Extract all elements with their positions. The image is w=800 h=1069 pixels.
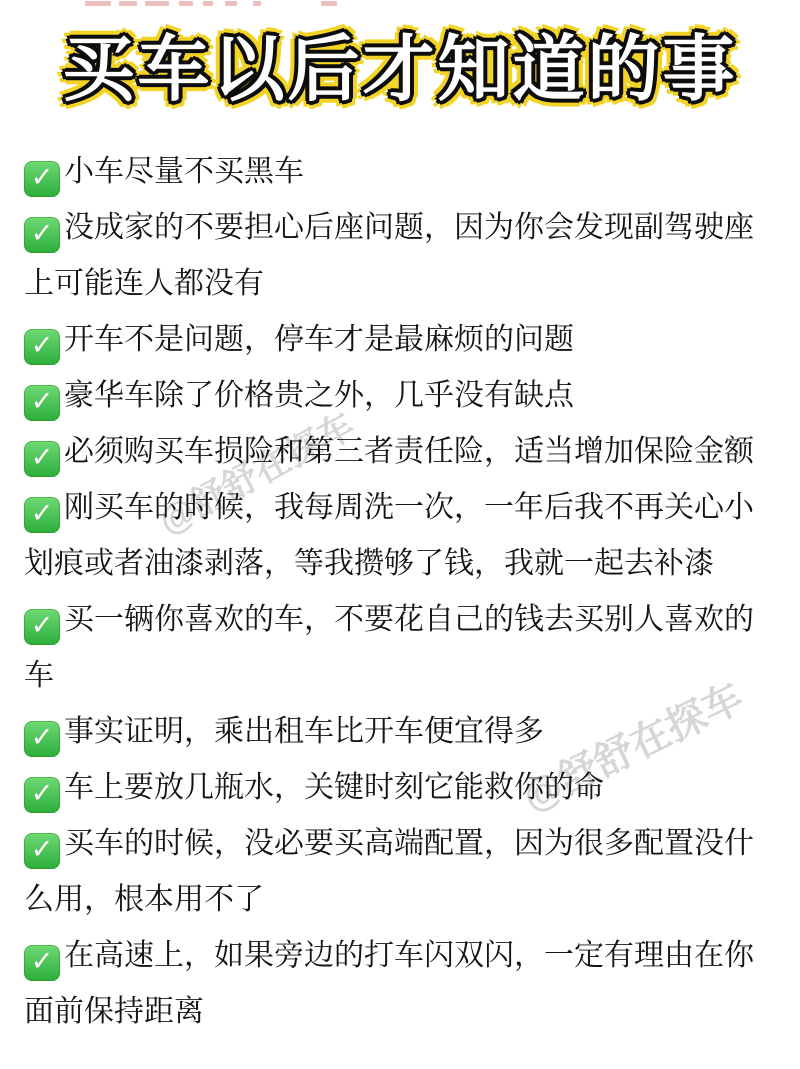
check-icon: ✓ [24,721,60,757]
list-item-text: 开车不是问题，停车才是最麻烦的问题 [64,323,574,356]
tips-list: ✓小车尽量不买黑车 ✓没成家的不要担心后座问题，因为你会发现副驾驶座上可能连人都… [0,144,800,1040]
list-item-text: 在高速上，如果旁边的打车闪双闪，一定有理由在你面前保持距离 [24,939,754,1028]
list-item-text: 买车的时候，没必要买高端配置，因为很多配置没什么用，根本用不了 [24,827,754,916]
list-item: ✓必须购买车损险和第三者责任险，适当增加保险金额 [24,424,776,480]
list-item: ✓买一辆你喜欢的车，不要花自己的钱去买别人喜欢的车 [24,592,776,704]
list-item-text: 小车尽量不买黑车 [64,155,304,188]
red-fragment [225,1,237,6]
cropped-red-text [85,0,345,9]
check-icon: ✓ [24,777,60,813]
list-item: ✓买车的时候，没必要买高端配置，因为很多配置没什么用，根本用不了 [24,816,776,928]
check-icon: ✓ [24,329,60,365]
list-item-text: 必须购买车损险和第三者责任险，适当增加保险金额 [64,435,754,468]
red-fragment [321,1,337,6]
list-item: ✓刚买车的时候，我每周洗一次，一年后我不再关心小划痕或者油漆剥落，等我攒够了钱，… [24,480,776,592]
check-icon: ✓ [24,441,60,477]
red-fragment [179,1,193,6]
list-item-text: 没成家的不要担心后座问题，因为你会发现副驾驶座上可能连人都没有 [24,211,754,300]
red-fragment [145,1,169,6]
red-fragment [203,1,213,6]
check-icon: ✓ [24,385,60,421]
list-item-text: 事实证明，乘出租车比开车便宜得多 [64,715,544,748]
check-icon: ✓ [24,833,60,869]
page-title: 买车以后才知道的事 [10,26,790,114]
red-fragment [85,1,111,6]
list-item-text: 买一辆你喜欢的车，不要花自己的钱去买别人喜欢的车 [24,603,754,692]
check-icon: ✓ [24,497,60,533]
list-item-text: 豪华车除了价格贵之外，几乎没有缺点 [64,379,574,412]
list-item: ✓小车尽量不买黑车 [24,144,776,200]
list-item: ✓没成家的不要担心后座问题，因为你会发现副驾驶座上可能连人都没有 [24,200,776,312]
list-item: ✓豪华车除了价格贵之外，几乎没有缺点 [24,368,776,424]
list-item: ✓车上要放几瓶水，关键时刻它能救你的命 [24,760,776,816]
list-item: ✓在高速上，如果旁边的打车闪双闪，一定有理由在你面前保持距离 [24,928,776,1040]
red-fragment [253,1,261,6]
check-icon: ✓ [24,945,60,981]
red-fragment [119,1,137,6]
list-item: ✓开车不是问题，停车才是最麻烦的问题 [24,312,776,368]
check-icon: ✓ [24,609,60,645]
list-item-text: 车上要放几瓶水，关键时刻它能救你的命 [64,771,604,804]
check-icon: ✓ [24,161,60,197]
list-item: ✓事实证明，乘出租车比开车便宜得多 [24,704,776,760]
check-icon: ✓ [24,217,60,253]
list-item-text: 刚买车的时候，我每周洗一次，一年后我不再关心小划痕或者油漆剥落，等我攒够了钱，我… [24,491,754,580]
info-card: 买车以后才知道的事 @舒舒在探车 @舒舒在探车 ✓小车尽量不买黑车 ✓没成家的不… [0,0,800,1069]
